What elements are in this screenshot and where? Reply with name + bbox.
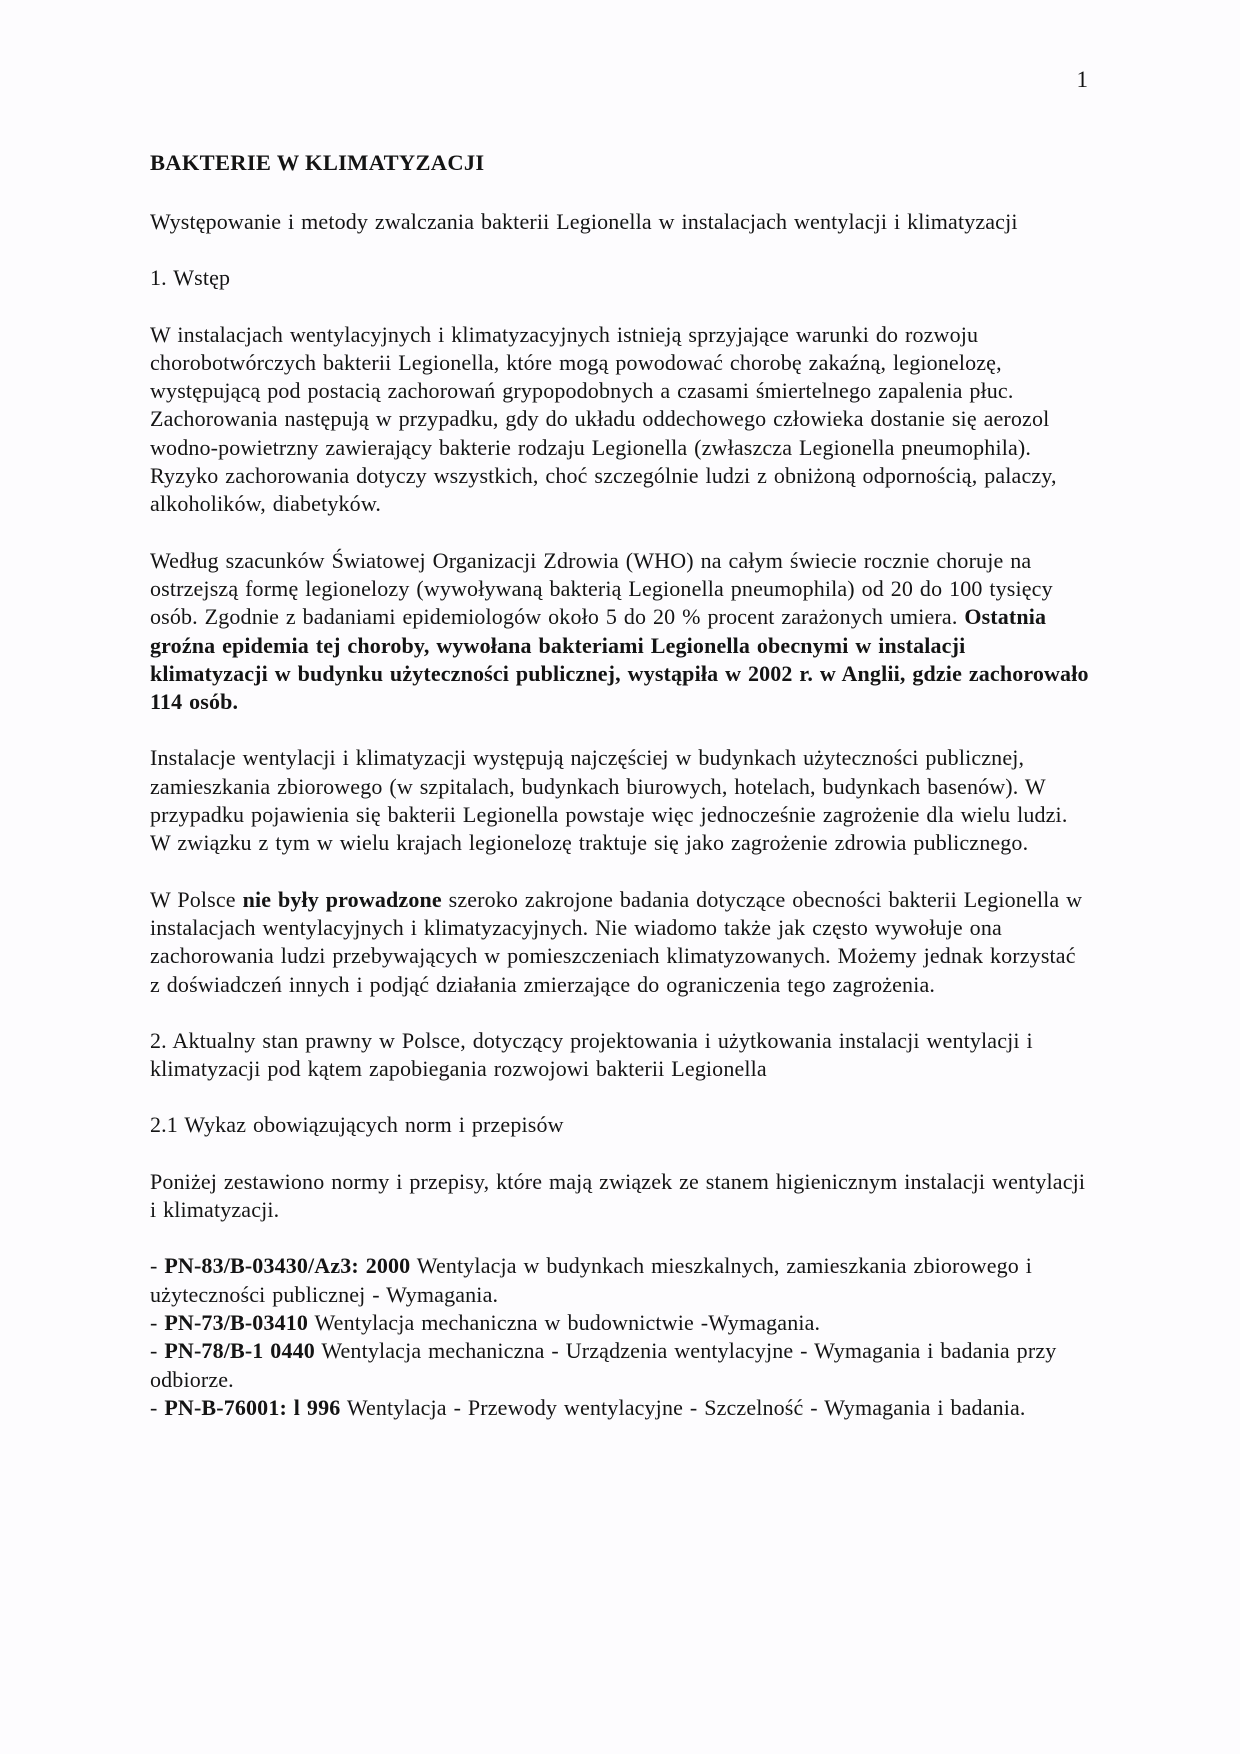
- text-run: Poniżej zestawiono normy i przepisy, któ…: [150, 1169, 1085, 1222]
- text-run: 2. Aktualny stan prawny w Polsce, dotycz…: [150, 1028, 1033, 1081]
- text-run: Wentylacja - Przewody wentylacyjne - Szc…: [340, 1395, 1025, 1420]
- paragraph: W Polsce nie były prowadzone szeroko zak…: [150, 886, 1090, 999]
- norm-list-item: - PN-B-76001: l 996 Wentylacja - Przewod…: [150, 1394, 1090, 1422]
- subtitle-paragraph: Występowanie i metody zwalczania bakteri…: [150, 208, 1090, 236]
- norm-list-item: - PN-73/B-03410 Wentylacja mechaniczna w…: [150, 1309, 1090, 1337]
- bold-text-run: PN-B-76001: l 996: [164, 1395, 340, 1420]
- text-run: W instalacjach wentylacyjnych i klimatyz…: [150, 322, 1057, 517]
- paragraph: W instalacjach wentylacyjnych i klimatyz…: [150, 321, 1090, 519]
- paragraph: Instalacje wentylacji i klimatyzacji wys…: [150, 744, 1090, 857]
- document-page: 1 BAKTERIE W KLIMATYZACJI Występowanie i…: [0, 0, 1240, 1754]
- bold-text-run: PN-83/B-03430/Az3: 2000: [164, 1253, 410, 1278]
- text-run: Wentylacja mechaniczna w budownictwie -W…: [308, 1310, 820, 1335]
- document-body: Występowanie i metody zwalczania bakteri…: [150, 208, 1090, 1422]
- text-run: Według szacunków Światowej Organizacji Z…: [150, 548, 1053, 630]
- bold-text-run: nie były prowadzone: [243, 887, 442, 912]
- bold-text-run: PN-73/B-03410: [164, 1310, 308, 1335]
- text-run: 1. Wstęp: [150, 265, 230, 290]
- text-run: -: [150, 1310, 164, 1335]
- text-run: 2.1 Wykaz obowiązujących norm i przepisó…: [150, 1112, 564, 1137]
- page-number: 1: [150, 66, 1090, 94]
- text-run: Instalacje wentylacji i klimatyzacji wys…: [150, 745, 1067, 855]
- paragraph: Poniżej zestawiono normy i przepisy, któ…: [150, 1168, 1090, 1225]
- norm-list-item: - PN-83/B-03430/Az3: 2000 Wentylacja w b…: [150, 1252, 1090, 1309]
- document-title: BAKTERIE W KLIMATYZACJI: [150, 149, 1090, 177]
- paragraph: Według szacunków Światowej Organizacji Z…: [150, 547, 1090, 717]
- section-1-heading: 1. Wstęp: [150, 264, 1090, 292]
- text-run: -: [150, 1395, 164, 1420]
- text-run: W Polsce: [150, 887, 243, 912]
- text-run: -: [150, 1253, 164, 1278]
- bold-text-run: PN-78/B-1 0440: [164, 1338, 315, 1363]
- text-run: -: [150, 1338, 164, 1363]
- section-2-1-heading: 2.1 Wykaz obowiązujących norm i przepisó…: [150, 1111, 1090, 1139]
- text-run: Występowanie i metody zwalczania bakteri…: [150, 209, 1018, 234]
- section-2-heading: 2. Aktualny stan prawny w Polsce, dotycz…: [150, 1027, 1090, 1084]
- norm-list-item: - PN-78/B-1 0440 Wentylacja mechaniczna …: [150, 1337, 1090, 1394]
